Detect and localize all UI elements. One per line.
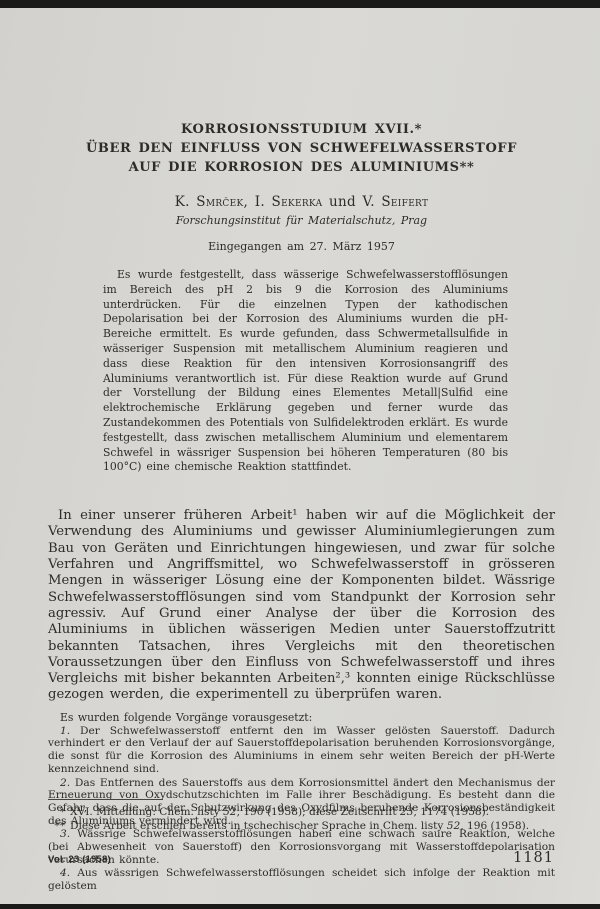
list-item-4-text: Aus wässrigen Schwefelwasserstofflösunge… bbox=[48, 867, 555, 892]
author-1: K. Smrček bbox=[175, 194, 244, 210]
page-number: 1181 bbox=[513, 850, 554, 866]
author-2: I. Sekerka bbox=[255, 194, 323, 210]
authors-line: K. Smrček, I. Sekerka und V. Seifert bbox=[48, 194, 555, 210]
footnote-2: ** Diese Arbeit erschien bereits in tsch… bbox=[48, 819, 555, 833]
footnote-1: * XVI. Mitteilung: Chem. listy 52, 190 (… bbox=[48, 805, 555, 819]
list-item-4-number: 4. bbox=[60, 867, 70, 879]
author-separator: , bbox=[244, 194, 255, 210]
footnote-1-post: , 1174 (1958). bbox=[414, 806, 490, 818]
author-3: V. Seifert bbox=[363, 194, 429, 210]
footnote-2-volume-a: 52 bbox=[447, 820, 460, 832]
volume-label: Vol. 23 (1958) bbox=[48, 854, 111, 865]
author-conjunction: und bbox=[322, 194, 362, 210]
page-footer: Vol. 23 (1958) 1181 bbox=[48, 850, 554, 866]
footnote-1-volume-a: 52 bbox=[223, 806, 236, 818]
footnotes-section: * XVI. Mitteilung: Chem. listy 52, 190 (… bbox=[48, 799, 555, 833]
footnote-1-text: XVI. Mitteilung: Chem. listy 52, 190 (19… bbox=[70, 805, 555, 819]
footnote-2-text: Diese Arbeit erschien bereits in tschech… bbox=[70, 819, 555, 833]
footnote-1-mid: , 190 (1958); diese Zeitschrift bbox=[237, 806, 400, 818]
paper-page: KORROSIONSSTUDIUM XVII.* ÜBER DEN EINFLU… bbox=[0, 8, 600, 904]
title-line-2: ÜBER DEN EINFLUSS VON SCHWEFELWASSERSTOF… bbox=[48, 139, 555, 158]
abstract-paragraph: Es wurde festgestellt, dass wässerige Sc… bbox=[103, 268, 508, 475]
title-line-1: KORROSIONSSTUDIUM XVII.* bbox=[48, 120, 555, 139]
footnote-divider bbox=[48, 799, 163, 800]
footnote-1-pre: XVI. Mitteilung: Chem. listy bbox=[70, 806, 223, 818]
footnote-1-volume-b: 23 bbox=[400, 806, 413, 818]
list-item-2-number: 2. bbox=[60, 777, 70, 789]
list-item-1-text: Der Schwefelwasserstoff entfernt den im … bbox=[48, 725, 555, 775]
page-content: KORROSIONSSTUDIUM XVII.* ÜBER DEN EINFLU… bbox=[0, 8, 600, 893]
received-date: Eingegangen am 27. März 1957 bbox=[48, 240, 555, 253]
footnote-2-pre: Diese Arbeit erschien bereits in tschech… bbox=[70, 820, 447, 832]
affiliation: Forschungsinstitut für Materialschutz, P… bbox=[48, 214, 555, 227]
list-intro: Es wurden folgende Vorgänge vorausgesetz… bbox=[48, 711, 555, 724]
footnote-2-marker: ** bbox=[48, 819, 70, 833]
footnote-1-marker: * bbox=[48, 805, 70, 819]
scanned-page: KORROSIONSSTUDIUM XVII.* ÜBER DEN EINFLU… bbox=[0, 0, 600, 909]
list-item-1-number: 1. bbox=[60, 725, 70, 737]
body-paragraph: In einer unserer früheren Arbeit¹ haben … bbox=[48, 508, 555, 704]
footnote-2-post: , 196 (1958). bbox=[460, 820, 529, 832]
title-line-3: AUF DIE KORROSION DES ALUMINIUMS** bbox=[48, 158, 555, 177]
list-item-4: 4. Aus wässrigen Schwefelwasserstofflösu… bbox=[48, 867, 555, 892]
article-title: KORROSIONSSTUDIUM XVII.* ÜBER DEN EINFLU… bbox=[48, 120, 555, 177]
list-item-1: 1. Der Schwefelwasserstoff entfernt den … bbox=[48, 725, 555, 776]
